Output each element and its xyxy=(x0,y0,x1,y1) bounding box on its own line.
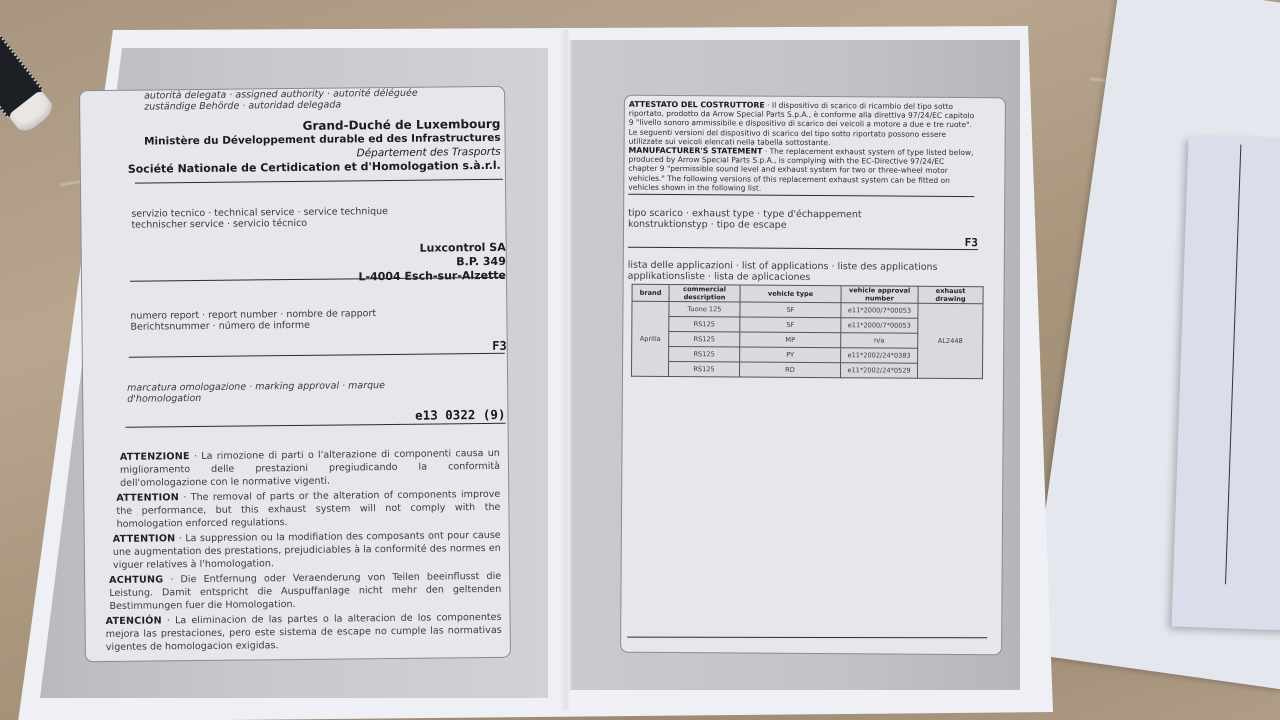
approval-number-cell: n/a xyxy=(841,333,918,349)
exhaust-type-labels: tipo scarico · exhaust type · type d'éch… xyxy=(628,208,862,232)
background-sheet-upside-down: e della fino ad ostituire stricted). 5: … xyxy=(1172,137,1280,634)
manufacturer-statement: ATTESTATO DEL COSTRUTTORE · Il dispositi… xyxy=(628,100,975,194)
marking-value: e13 0322 (9) xyxy=(355,407,505,424)
left-page-card: autorità delegata · assigned authority ·… xyxy=(79,86,511,662)
brand-cell: Aprilia xyxy=(631,301,669,376)
marking-labels: marcatura omologazione · marking approva… xyxy=(127,380,385,405)
right-page-card: ATTESTATO DEL COSTRUTTORE · Il dispositi… xyxy=(620,95,1006,656)
bottom-rule xyxy=(627,637,987,639)
approval-number-cell: e11*2002/24*0383 xyxy=(841,348,918,364)
statement-en: MANUFACTURER'S STATEMENT · The replaceme… xyxy=(628,146,974,194)
warning-es: ATENCIÓN · La eliminacion de las partes … xyxy=(106,611,502,654)
warning-it: ATTENZIONE · La rimozione di parti o l'a… xyxy=(120,447,500,490)
table-header-row: brand commercial description vehicle typ… xyxy=(632,284,983,303)
vehicle-type-cell: SF xyxy=(740,302,841,318)
exhaust-drawing-cell: AL2448 xyxy=(917,303,983,378)
description-cell: RS125 xyxy=(668,361,739,376)
warnings: ATTENZIONE · La rimozione di parti o l'a… xyxy=(120,447,502,654)
approval-number-cell: e11*2000/7*00053 xyxy=(841,303,918,319)
vehicle-type-cell: SF xyxy=(740,317,841,333)
margin-line xyxy=(1225,144,1241,584)
authority-labels: autorità delegata · assigned authority ·… xyxy=(144,88,418,113)
description-cell: RS125 xyxy=(669,331,740,346)
applications-labels: lista delle applicazioni · list of appli… xyxy=(628,260,938,284)
approval-number-cell: e11*2000/7*00053 xyxy=(841,318,918,334)
divider xyxy=(126,423,506,428)
divider xyxy=(135,179,503,184)
vehicle-type-cell: MP xyxy=(740,332,841,348)
exhaust-type-value: F3 xyxy=(918,236,978,249)
technical-service-labels: servizio tecnico · technical service · s… xyxy=(131,206,388,231)
divider xyxy=(628,194,974,197)
upside-down-text: e della fino ad ostituire stricted). 5: … xyxy=(1236,149,1280,502)
warning-fr: ATTENTION · La suppression ou la modifia… xyxy=(113,529,501,572)
vehicle-type-cell: PY xyxy=(740,347,841,363)
report-number-value: F3 xyxy=(447,339,507,354)
approval-number-cell: e11*2002/24*0529 xyxy=(840,363,917,379)
description-cell: Tuono 125 xyxy=(669,301,740,316)
applications-table: brand commercial description vehicle typ… xyxy=(631,284,984,379)
report-number-labels: numero report · report number · nombre d… xyxy=(130,308,376,333)
description-cell: RS125 xyxy=(669,316,740,331)
warning-de: ACHTUNG · Die Entfernung oder Veraenderu… xyxy=(109,570,501,613)
marker-pen xyxy=(0,19,59,138)
description-cell: RS125 xyxy=(669,346,740,361)
warning-en: ATTENTION · The removal of parts or the … xyxy=(116,488,500,531)
vehicle-type-cell: RD xyxy=(739,362,840,378)
divider xyxy=(129,353,505,358)
authority-block: Grand-Duché de Luxembourg Ministère du D… xyxy=(100,117,501,177)
statement-it: ATTESTATO DEL COSTRUTTORE · Il dispositi… xyxy=(629,100,975,148)
fold-crease xyxy=(560,30,572,710)
